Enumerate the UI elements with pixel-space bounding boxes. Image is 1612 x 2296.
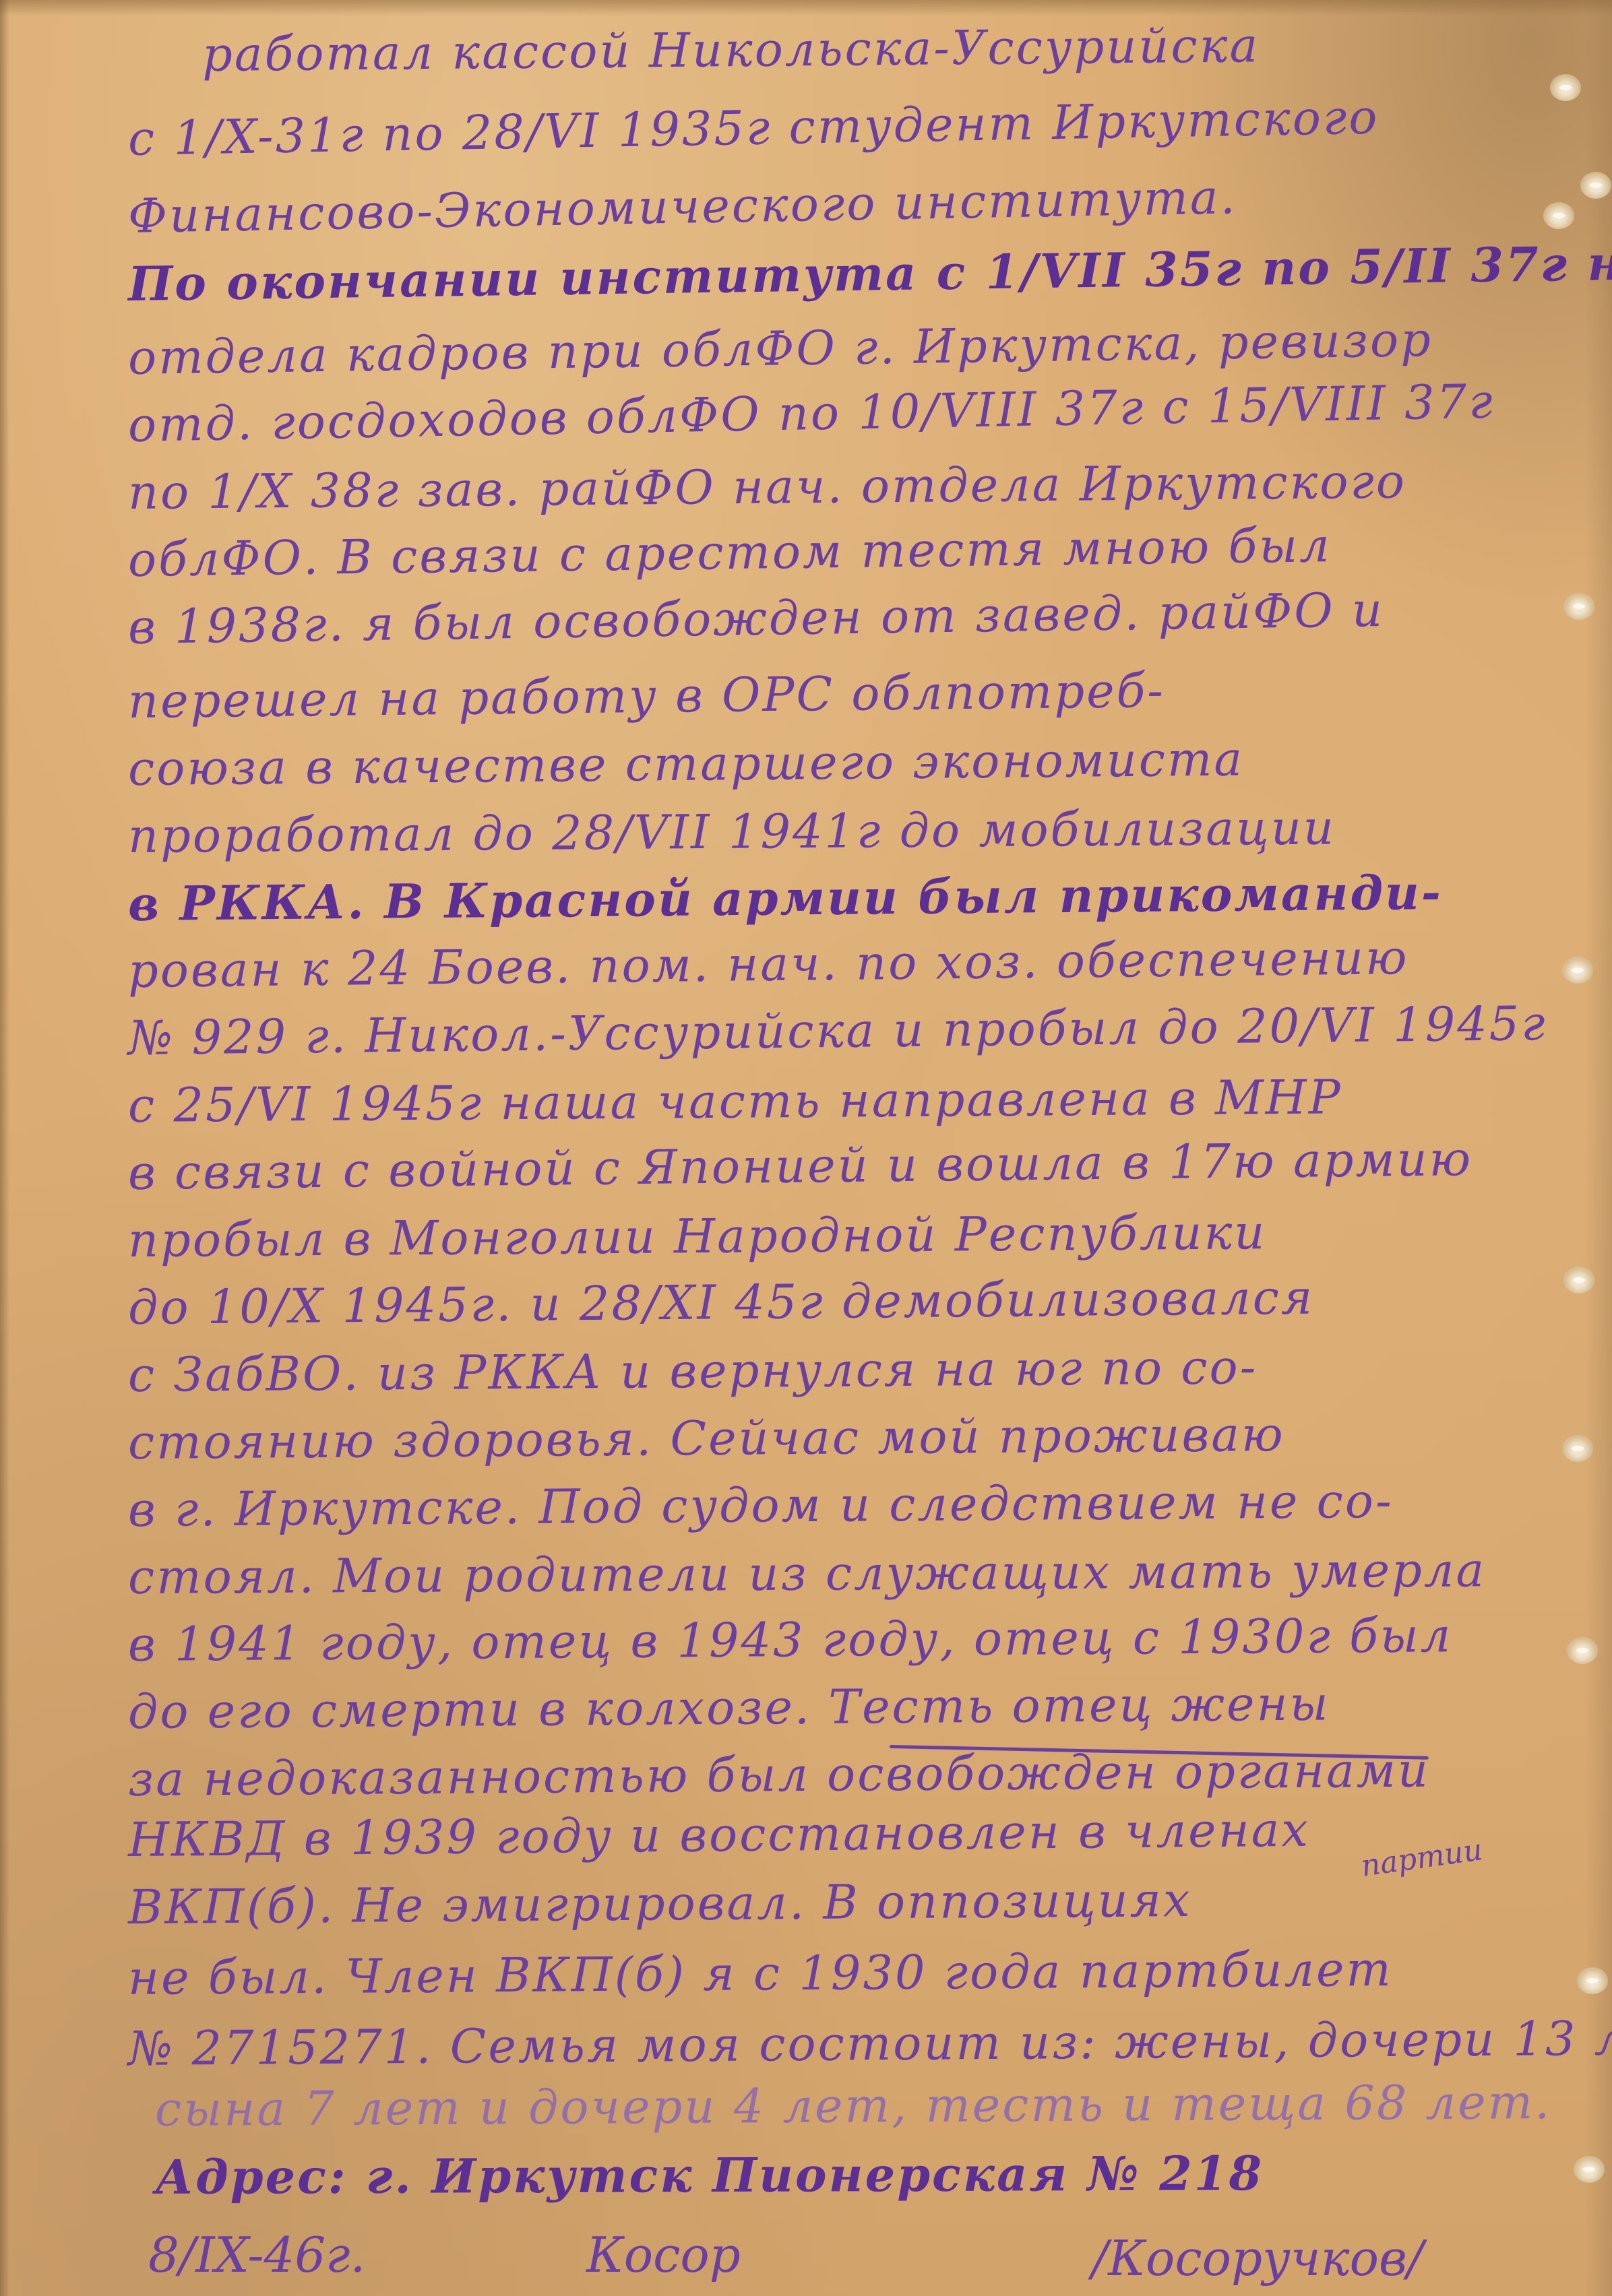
text-line: союза в качестве старшего экономиста [128,732,1245,796]
text-line: Адрес: г. Иркутск Пионерская № 218 [155,2145,1264,2205]
text-line: По окончании института с 1/VII 35г по 5/… [127,234,1612,312]
document-page: работал кассой Никольска-Уссурийска с 1/… [0,0,1612,2296]
printed-name: /Косоручков/ [1092,2230,1423,2287]
text-line: перешел на работу в ОРС облпотреб- [128,663,1166,729]
text-line: № 2715271. Семья моя состоит из: жены, д… [128,2010,1612,2076]
text-line: работал кассой Никольска-Уссурийска [202,18,1260,82]
text-line: № 929 г. Никол.-Уссурийска и пробыл до 2… [128,996,1547,1066]
text-line: в 1941 году, отец в 1943 году, отец с 19… [128,1607,1453,1672]
interlinear-note: партии [1359,1832,1484,1884]
text-line: ВКП(б). Не эмигрировал. В оппозициях [128,1872,1192,1935]
text-line: проработал до 28/VII 1941г до мобилизаци… [128,800,1336,864]
text-line: НКВД в 1939 году и восстановлен в членах [128,1802,1311,1868]
text-line: пробыл в Монголии Народной Республики [128,1205,1267,1268]
text-line: рован к 24 Боев. пом. нач. по хоз. обесп… [128,930,1409,998]
text-line: с 25/VI 1945г наша часть направлена в МН… [128,1069,1342,1133]
text-line: с 1/X-31г по 28/VI 1935г студент Иркутск… [127,90,1379,166]
text-line: до его смерти в колхозе. Тесть отец жены [128,1676,1330,1740]
text-line: с ЗабВО. из РККА и вернулся на юг по со- [128,1339,1258,1403]
text-line: не был. Член ВКП(б) я с 1930 года партби… [128,1942,1393,2006]
text-line: отдела кадров при облФО г. Иркутска, рев… [127,312,1433,385]
text-line: стоянию здоровья. Сейчас мой проживаю [128,1407,1285,1470]
text-line: по 1/X 38г зав. райФО нач. отдела Иркутс… [128,453,1407,520]
document-date: 8/IX-46г. [148,2227,365,2283]
text-line: в РККА. В Красной армии был прикоманди- [128,864,1444,932]
text-line: сына 7 лет и дочери 4 лет, тесть и теща … [155,2074,1552,2137]
text-line: Финансово-Экономического института. [127,169,1237,244]
text-line: отд. госдоходов облФО по 10/VIII 37г с 1… [127,374,1495,453]
text-line: стоял. Мои родители из служащих мать уме… [128,1542,1487,1605]
text-line: в г. Иркутске. Под судом и следствием не… [128,1473,1394,1537]
handwritten-text: работал кассой Никольска-Уссурийска с 1/… [0,0,1612,2296]
signature: Косор [586,2227,741,2283]
text-line: до 10/X 1945г. и 28/XI 45г демобилизовал… [128,1270,1315,1335]
text-line: в 1938г. я был освобожден от завед. райФ… [127,582,1384,655]
text-line: в связи с войной с Японией и вошла в 17ю… [128,1131,1473,1201]
text-line: облФО. В связи с арестом тестя мною был [127,517,1332,587]
